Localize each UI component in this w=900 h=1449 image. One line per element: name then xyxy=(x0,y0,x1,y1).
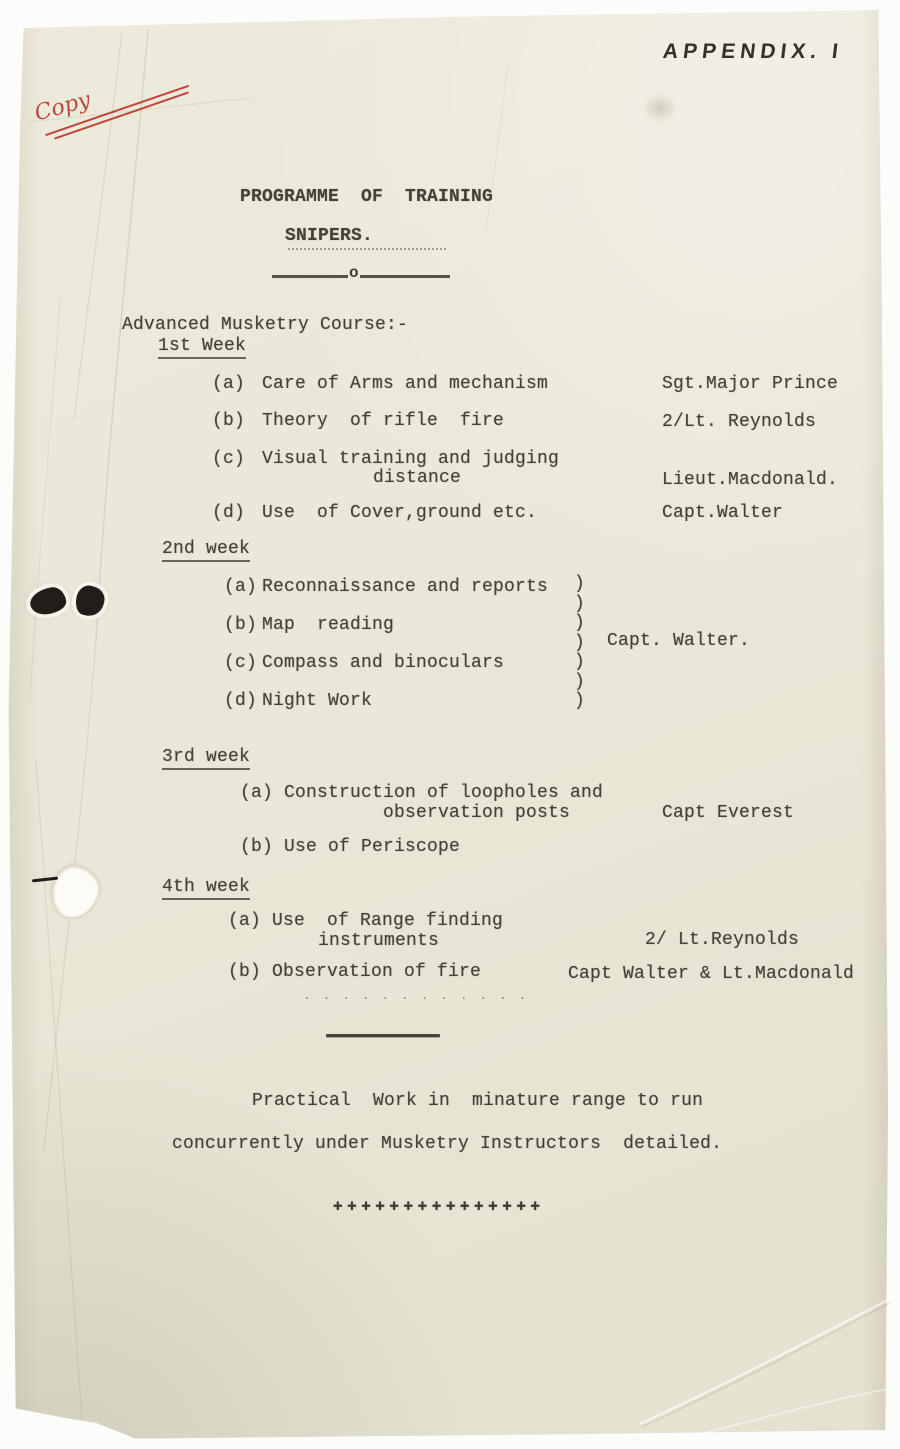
note-line-1: Practical Work in minature range to run xyxy=(252,1091,703,1111)
item-text: Compass and binoculars xyxy=(262,653,504,673)
week-3-heading-text: 3rd week xyxy=(162,747,250,770)
item-instructor: Capt Everest xyxy=(662,803,794,823)
item-instructor: 2/Lt. Reynolds xyxy=(662,412,816,432)
item-label: (b) xyxy=(240,837,273,857)
note-line-2: concurrently under Musketry Instructors … xyxy=(172,1134,722,1154)
item-label: (b) xyxy=(224,615,257,635)
item-label: (a) xyxy=(212,374,245,394)
item-label: (b) xyxy=(212,411,245,431)
item-instructor: Capt Walter & Lt.Macdonald xyxy=(568,964,854,984)
item-text-line2: instruments xyxy=(318,931,439,951)
week-4-heading: 4th week xyxy=(162,877,250,897)
item-text: Use of Periscope xyxy=(284,837,460,857)
item-text: Use of Cover,ground etc. xyxy=(262,503,537,523)
appendix-label: APPENDIX. I xyxy=(662,40,845,64)
divider-o-mark: o xyxy=(349,269,359,278)
week-1-heading-text: 1st Week xyxy=(158,336,246,359)
bracket-instructor: Capt. Walter. xyxy=(607,631,750,651)
closing-rule xyxy=(326,1034,440,1037)
item-label: (c) xyxy=(224,653,257,673)
item-instructor: Lieut.Macdonald. xyxy=(662,470,838,490)
item-text: Visual training and judging xyxy=(262,449,559,469)
ornament-divide-layer: ÷÷÷÷÷÷÷÷÷÷÷÷÷÷÷ xyxy=(333,1198,545,1216)
document-title: PROGRAMME OF TRAINING xyxy=(240,187,493,207)
item-text: Construction of loopholes and xyxy=(284,783,603,803)
ornament-row: +++++++++++++++ ÷÷÷÷÷÷÷÷÷÷÷÷÷÷÷ xyxy=(333,1198,583,1220)
item-text: Theory of rifle fire xyxy=(262,411,504,431)
footnote-dots: . . . . . . . . . . . . xyxy=(303,988,528,1003)
item-text: Use of Range finding xyxy=(272,911,503,931)
section-divider-o: o xyxy=(272,258,450,278)
item-text: Observation of fire xyxy=(272,962,481,982)
item-instructor: 2/ Lt.Reynolds xyxy=(645,930,799,950)
paper-sheet xyxy=(6,8,888,1440)
item-label: (a) xyxy=(228,911,261,931)
week-4-heading-text: 4th week xyxy=(162,877,250,900)
item-label: (d) xyxy=(212,503,245,523)
scanned-document: { "document": { "appendix_label": "APPEN… xyxy=(0,0,900,1449)
week-2-heading-text: 2nd week xyxy=(162,539,250,562)
subtitle-dotted-underline xyxy=(288,248,446,250)
item-label: (d) xyxy=(224,691,257,711)
item-text: Reconnaissance and reports xyxy=(262,577,548,597)
week-1-heading: 1st Week xyxy=(158,336,246,356)
item-label: (b) xyxy=(228,962,261,982)
item-instructor: Sgt.Major Prince xyxy=(662,374,838,394)
grouping-bracket: ) ) ) ) ) ) ) xyxy=(574,575,585,712)
document-subtitle: SNIPERS. xyxy=(285,226,373,246)
item-label: (a) xyxy=(224,577,257,597)
item-text-line2: observation posts xyxy=(383,803,570,823)
course-heading: Advanced Musketry Course:- xyxy=(122,315,408,335)
week-3-heading: 3rd week xyxy=(162,747,250,767)
item-text: Care of Arms and mechanism xyxy=(262,374,548,394)
item-instructor: Capt.Walter xyxy=(662,503,783,523)
week-2-heading: 2nd week xyxy=(162,539,250,559)
item-text-line2: distance xyxy=(373,468,461,488)
item-text: Night Work xyxy=(262,691,372,711)
ink-smudge xyxy=(642,92,678,124)
item-label: (c) xyxy=(212,449,245,469)
divider-line-left xyxy=(272,275,348,278)
item-text: Map reading xyxy=(262,615,394,635)
divider-line-right xyxy=(360,275,450,278)
item-label: (a) xyxy=(240,783,273,803)
